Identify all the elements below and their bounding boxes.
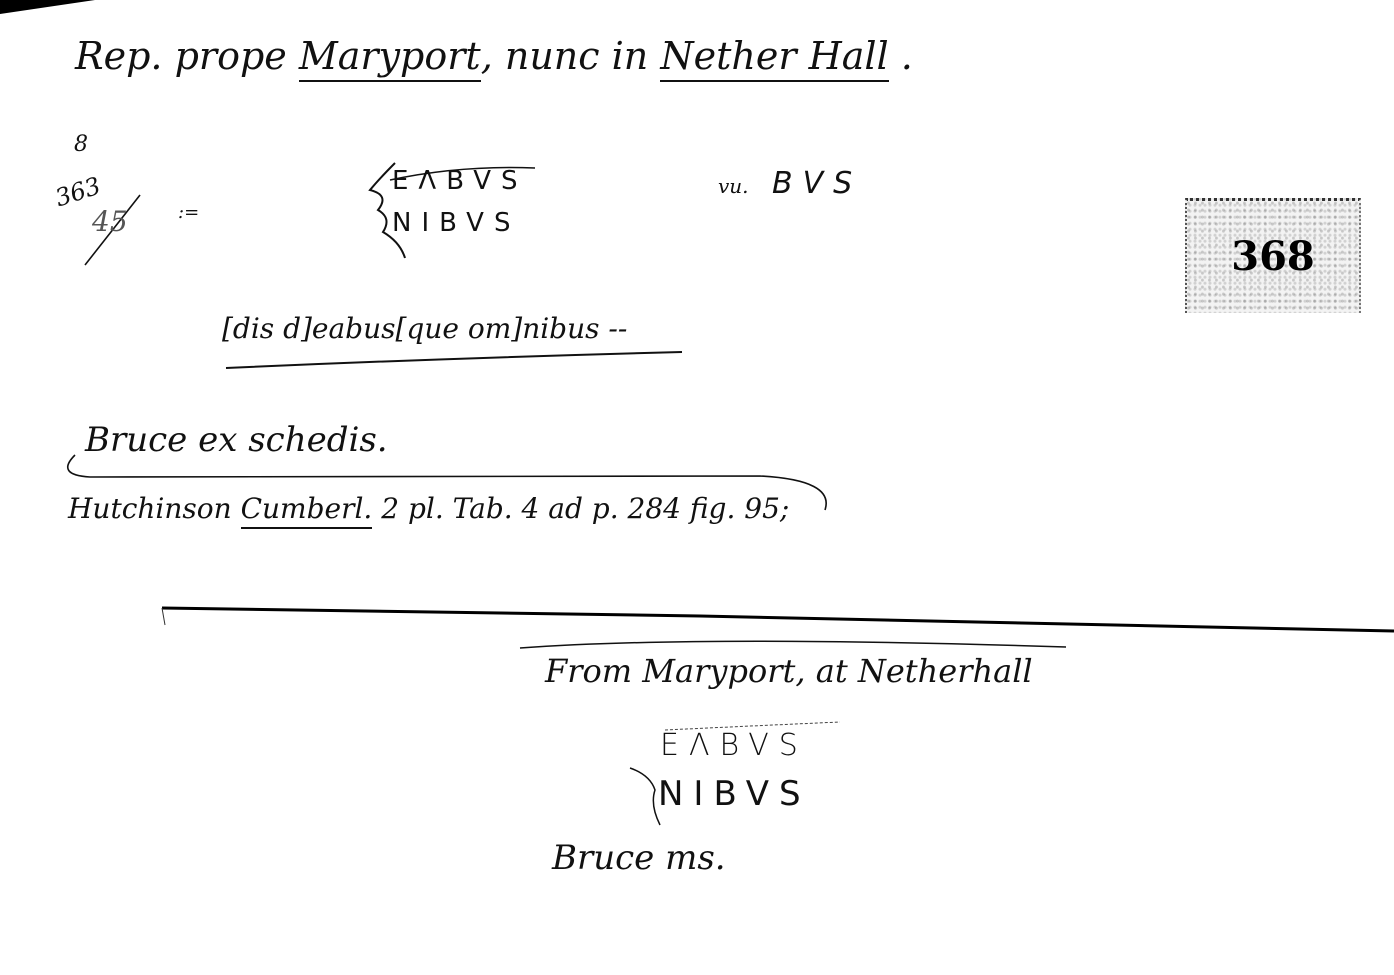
margin-mark: := [178, 202, 199, 223]
heading-suffix: . [901, 34, 913, 78]
inscription-lower-line1: EΛBVS [660, 728, 808, 763]
inscription-lower-line2: NIBVS [658, 774, 811, 814]
variant-text: BVS [772, 166, 862, 201]
margin-number-top: 8 [74, 132, 88, 157]
heading-prefix: Rep. prope [75, 34, 287, 78]
inscription-upper-line1: EΛBVS [392, 166, 528, 196]
reference-hutchinson: Hutchinson Cumberl. 2 pl. Tab. 4 ad p. 2… [68, 492, 789, 525]
reference-work: Cumberl. [241, 492, 373, 529]
lower-heading: From Maryport, at Netherhall [545, 652, 1033, 690]
lower-heading-suffix: , at Netherhall [795, 652, 1032, 690]
stamp-number: 368 [1187, 233, 1359, 280]
heading-middle: , nunc in [481, 34, 649, 78]
reference-author: Hutchinson [68, 492, 232, 525]
corner-smudge [0, 0, 95, 14]
ink-strokes [0, 0, 1394, 975]
reference-bruce: Bruce ex schedis. [85, 420, 388, 460]
catalog-stamp: 368 [1185, 198, 1361, 313]
restoration-text: [dis d]eabus[que om]nibus -- [222, 312, 627, 345]
reference-citation: 2 pl. Tab. 4 ad p. 284 fig. 95; [381, 492, 789, 525]
document-heading: Rep. prope Maryport, nunc in Nether Hall… [75, 34, 913, 78]
lower-heading-place: Maryport [642, 652, 795, 690]
heading-location: Nether Hall [660, 34, 888, 82]
heading-place: Maryport [299, 34, 481, 82]
variant-label: vu. [718, 174, 749, 198]
inscription-upper-line2: NIBVS [392, 208, 520, 238]
lower-heading-prefix: From [545, 652, 632, 690]
struck-number: 45 [92, 205, 128, 238]
lower-source: Bruce ms. [552, 838, 726, 878]
